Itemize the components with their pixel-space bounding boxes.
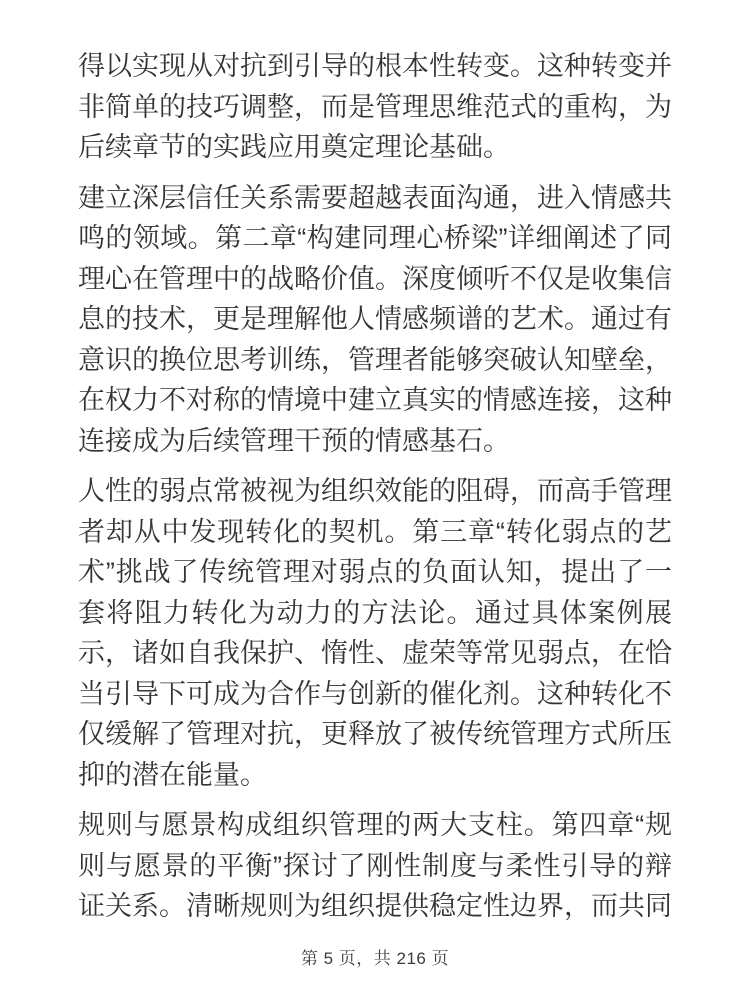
document-page: 得以实现从对抗到引导的根本性转变。这种转变并非简单的技巧调整，而是管理思维范式的… <box>0 0 750 1000</box>
page-number-footer: 第 5 页，共 216 页 <box>0 950 750 967</box>
body-paragraph: 得以实现从对抗到引导的根本性转变。这种转变并非简单的技巧调整，而是管理思维范式的… <box>78 46 672 168</box>
body-paragraph: 规则与愿景构成组织管理的两大支柱。第四章“规则与愿景的平衡”探讨了刚性制度与柔性… <box>78 805 672 927</box>
page-text-content: 得以实现从对抗到引导的根本性转变。这种转变并非简单的技巧调整，而是管理思维范式的… <box>0 0 750 927</box>
body-paragraph: 建立深层信任关系需要超越表面沟通，进入情感共鸣的领域。第二章“构建同理心桥梁”详… <box>78 178 672 462</box>
body-paragraph: 人性的弱点常被视为组织效能的阻碍，而高手管理者却从中发现转化的契机。第三章“转化… <box>78 471 672 795</box>
